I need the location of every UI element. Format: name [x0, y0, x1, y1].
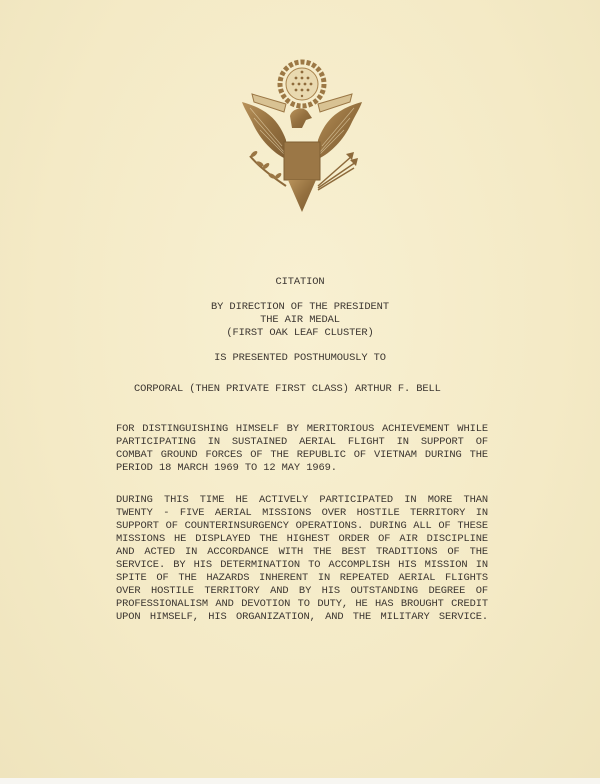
text-line: COMBAT GROUND FORCES OF THE REPUBLIC OF … — [116, 449, 488, 462]
recipient-name: CORPORAL (THEN PRIVATE FIRST CLASS) ARTH… — [134, 383, 441, 396]
presented-line: IS PRESENTED POSTHUMOUSLY TO — [0, 352, 600, 365]
text-line: TWENTY - FIVE AERIAL MISSIONS OVER HOSTI… — [116, 507, 488, 520]
text-line: OVER HOSTILE TERRITORY AND BY HIS OUTSTA… — [116, 585, 488, 598]
text-line: UPON HIMSELF, HIS ORGANIZATION, AND THE … — [116, 611, 488, 624]
text-line: DURING THIS TIME HE ACTIVELY PARTICIPATE… — [116, 494, 488, 507]
text-line: SERVICE. BY HIS DETERMINATION TO ACCOMPL… — [116, 559, 488, 572]
text-line: FOR DISTINGUISHING HIMSELF BY MERITORIOU… — [116, 423, 488, 436]
text-line: PROFESSIONALISM AND DEVOTION TO DUTY, HE… — [116, 598, 488, 611]
citation-paper: CITATION BY DIRECTION OF THE PRESIDENT T… — [0, 0, 600, 778]
authority-line: BY DIRECTION OF THE PRESIDENT — [0, 301, 600, 314]
text-line: PARTICIPATING IN SUSTAINED AERIAL FLIGHT… — [116, 436, 488, 449]
citation-title: CITATION — [0, 276, 600, 289]
text-line: SPITE OF THE HAZARDS INHERENT IN REPEATE… — [116, 572, 488, 585]
text-line: MISSIONS HE DISPLAYED THE HIGHEST ORDER … — [116, 533, 488, 546]
text-line: PERIOD 18 MARCH 1969 TO 12 MAY 1969. — [116, 462, 488, 475]
citation-paragraph-2: DURING THIS TIME HE ACTIVELY PARTICIPATE… — [116, 494, 488, 624]
award-detail: (FIRST OAK LEAF CLUSTER) — [0, 327, 600, 340]
award-name: THE AIR MEDAL — [0, 314, 600, 327]
text-line: SUPPORT OF COUNTERINSURGENCY OPERATIONS.… — [116, 520, 488, 533]
citation-paragraph-1: FOR DISTINGUISHING HIMSELF BY MERITORIOU… — [116, 423, 488, 475]
text-line: AND ACTED IN ACCORDANCE WITH THE BEST TR… — [116, 546, 488, 559]
scan-edge — [0, 778, 600, 784]
great-seal-eagle-icon — [234, 56, 370, 224]
